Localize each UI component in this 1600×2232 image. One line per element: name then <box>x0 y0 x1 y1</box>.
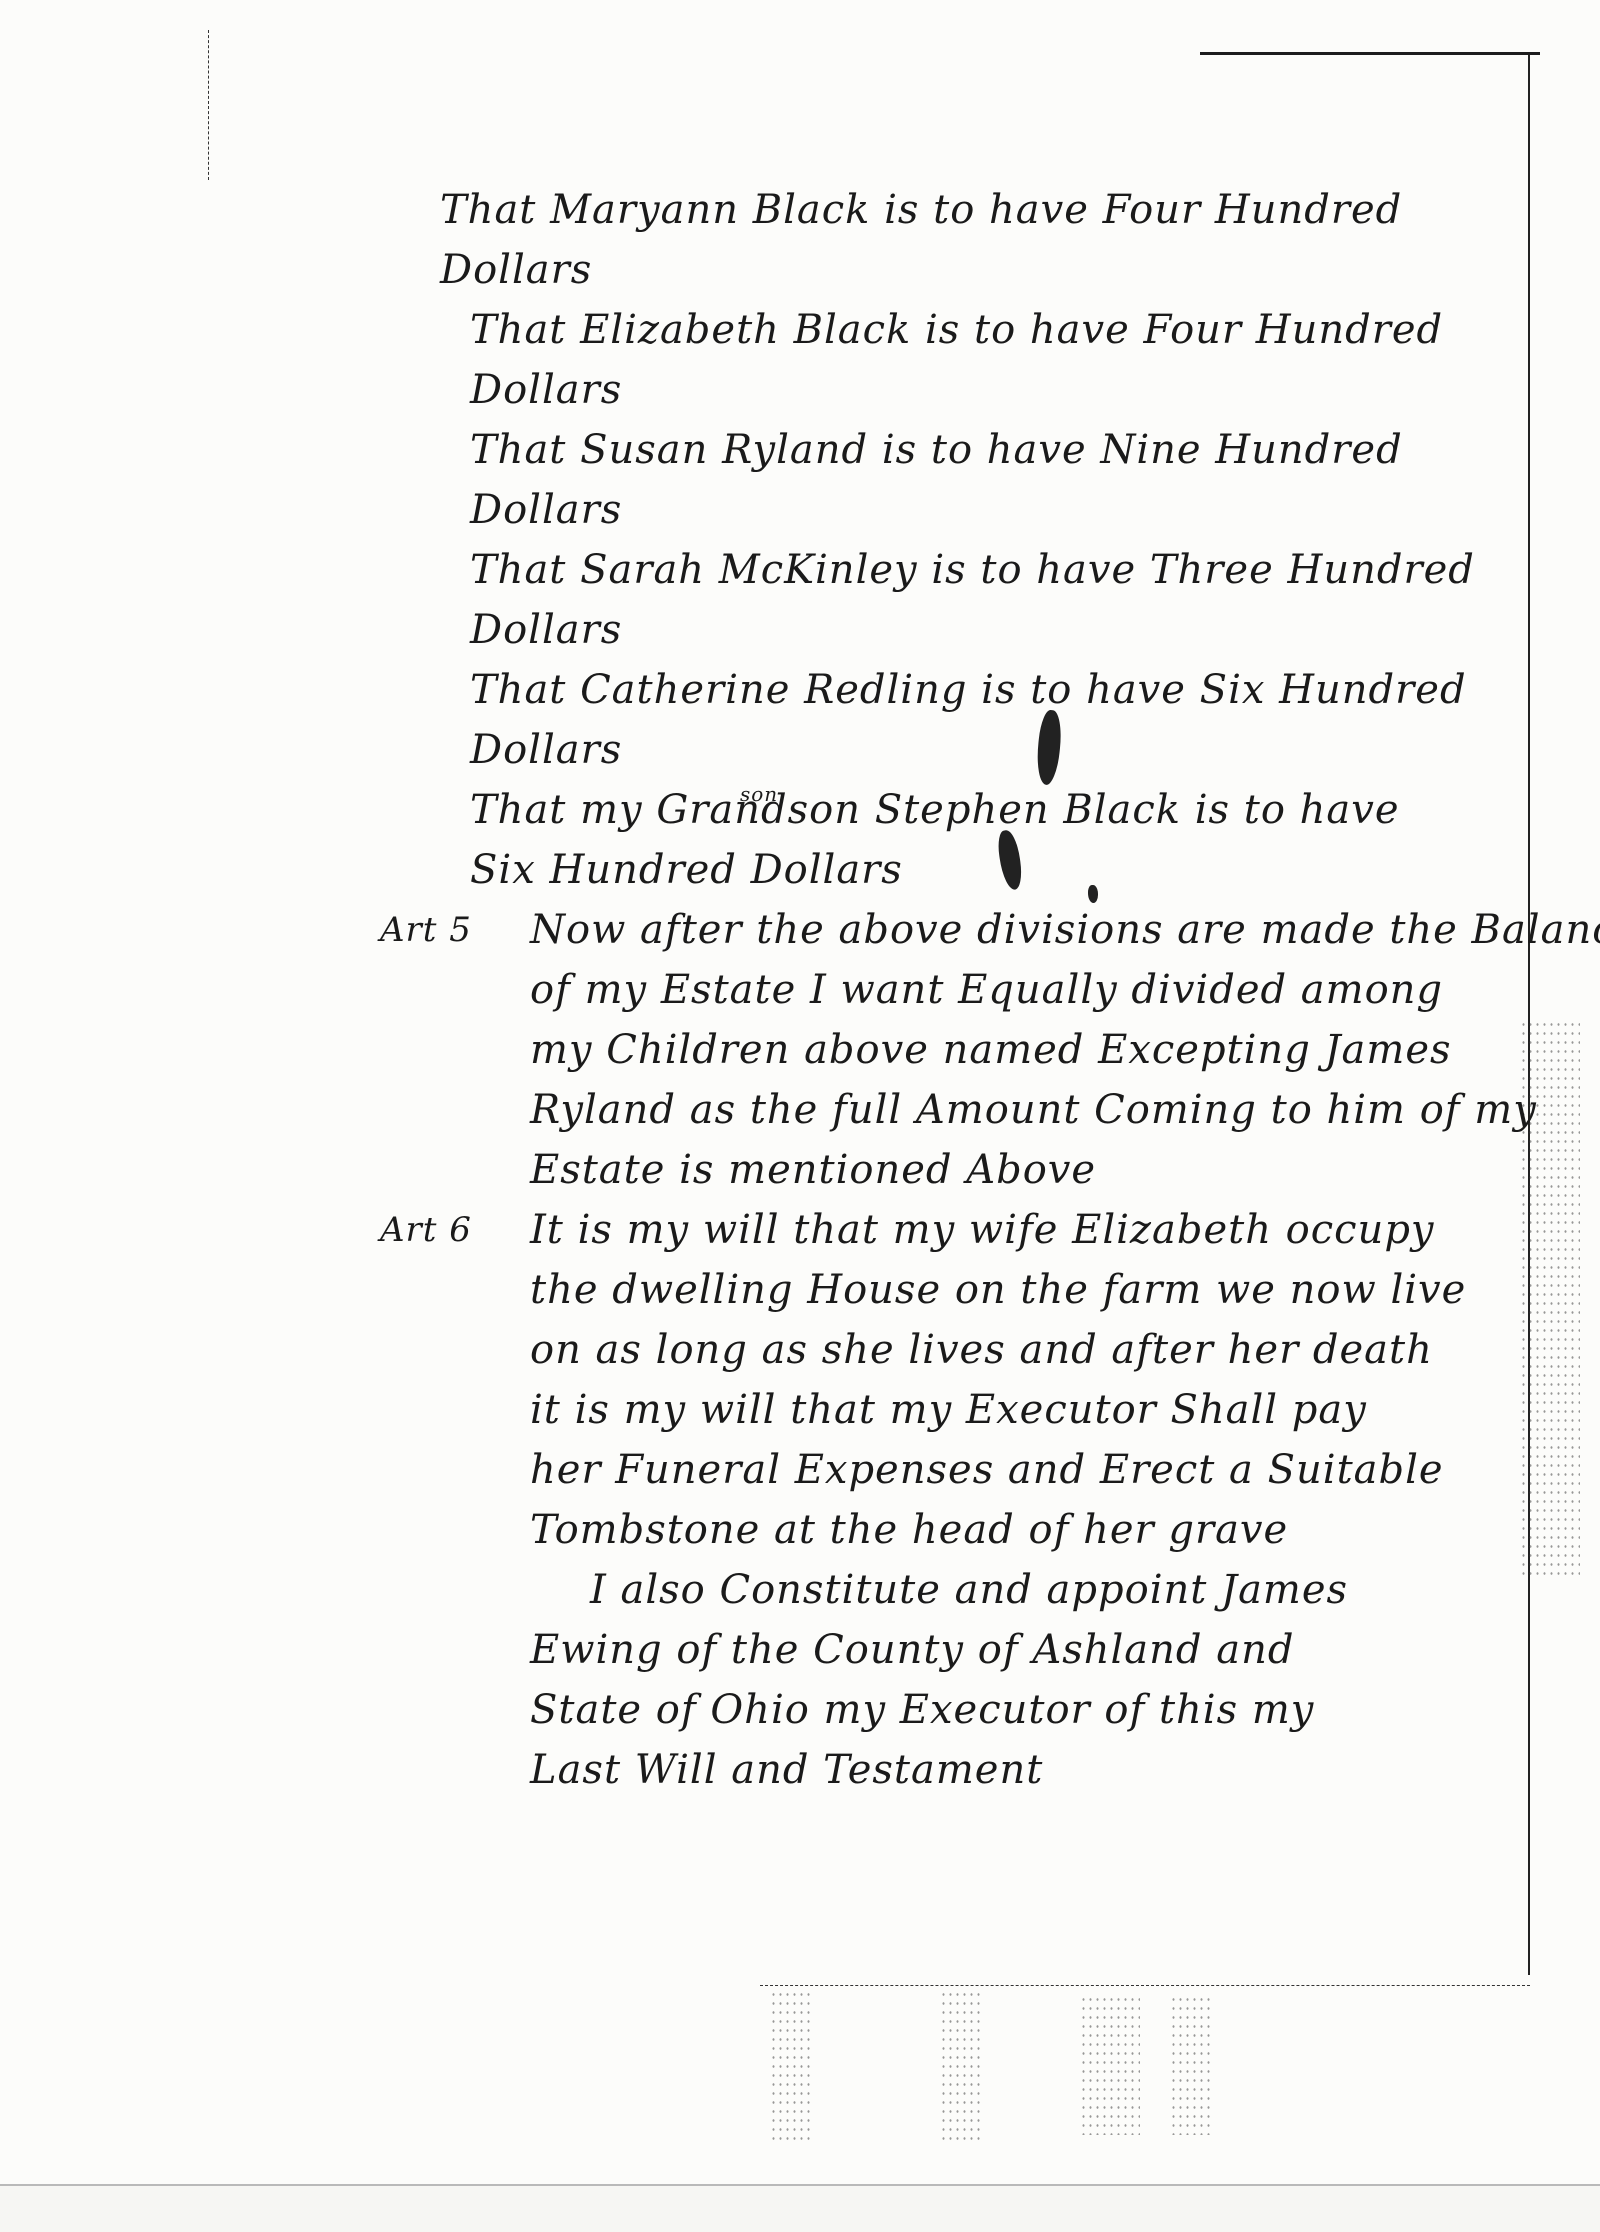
closing-line: Ewing of the County of Ashland and <box>440 1620 1530 1680</box>
bequest-line: Dollars <box>440 360 1530 420</box>
bequest-line: Dollars <box>440 480 1530 540</box>
scanner-bed-strip <box>0 2186 1600 2232</box>
copy-frame-top-edge <box>1200 52 1540 55</box>
article-line: Tombstone at the head of her grave <box>440 1500 1530 1560</box>
article-line: the dwelling House on the farm we now li… <box>440 1260 1530 1320</box>
closing-line: I also Constitute and appoint James <box>440 1560 1530 1620</box>
bequest-line: Dollars <box>440 720 1530 780</box>
article-line: Art 5 Now after the above divisions are … <box>440 900 1530 960</box>
toner-speckle <box>1080 1995 1140 2135</box>
scanned-page: That Maryann Black is to have Four Hundr… <box>0 0 1600 2232</box>
article-line-text: Now after the above divisions are made t… <box>530 907 1600 953</box>
interlinear-insertion: son <box>740 764 778 824</box>
bequest-line: Dollars <box>440 240 1530 300</box>
article-line: of my Estate I want Equally divided amon… <box>440 960 1530 1020</box>
bequest-line: son That my Grandson Stephen Black is to… <box>440 780 1530 840</box>
article-line: Ryland as the full Amount Coming to him … <box>440 1080 1530 1140</box>
article-line: my Children above named Excepting James <box>440 1020 1530 1080</box>
bequest-line: That Elizabeth Black is to have Four Hun… <box>440 300 1530 360</box>
bequest-line: Dollars <box>440 600 1530 660</box>
article-line-text: It is my will that my wife Elizabeth occ… <box>530 1207 1435 1253</box>
toner-speckle <box>940 1990 980 2140</box>
will-text: That Maryann Black is to have Four Hundr… <box>440 180 1530 1800</box>
bequest-line-text: That my Grandson Stephen Black is to hav… <box>470 787 1400 833</box>
bequest-line: That Sarah McKinley is to have Three Hun… <box>440 540 1530 600</box>
article-line: Estate is mentioned Above <box>440 1140 1530 1200</box>
toner-speckle <box>770 1990 810 2140</box>
bequest-line: That Maryann Black is to have Four Hundr… <box>440 180 1530 240</box>
closing-line: State of Ohio my Executor of this my <box>440 1680 1530 1740</box>
toner-speckle <box>1170 1995 1210 2135</box>
article-label: Art 5 <box>380 900 472 960</box>
article-line: Art 6 It is my will that my wife Elizabe… <box>440 1200 1530 1260</box>
bequest-line: Six Hundred Dollars <box>440 840 1530 900</box>
bequest-line: That Catherine Redling is to have Six Hu… <box>440 660 1530 720</box>
article-line: on as long as she lives and after her de… <box>440 1320 1530 1380</box>
bequest-line: That Susan Ryland is to have Nine Hundre… <box>440 420 1530 480</box>
copy-frame-left-edge <box>208 30 209 180</box>
article-line: it is my will that my Executor Shall pay <box>440 1380 1530 1440</box>
copy-frame-bottom-edge <box>760 1985 1530 1986</box>
article-label: Art 6 <box>380 1200 472 1260</box>
article-line: her Funeral Expenses and Erect a Suitabl… <box>440 1440 1530 1500</box>
closing-line: Last Will and Testament <box>440 1740 1530 1800</box>
